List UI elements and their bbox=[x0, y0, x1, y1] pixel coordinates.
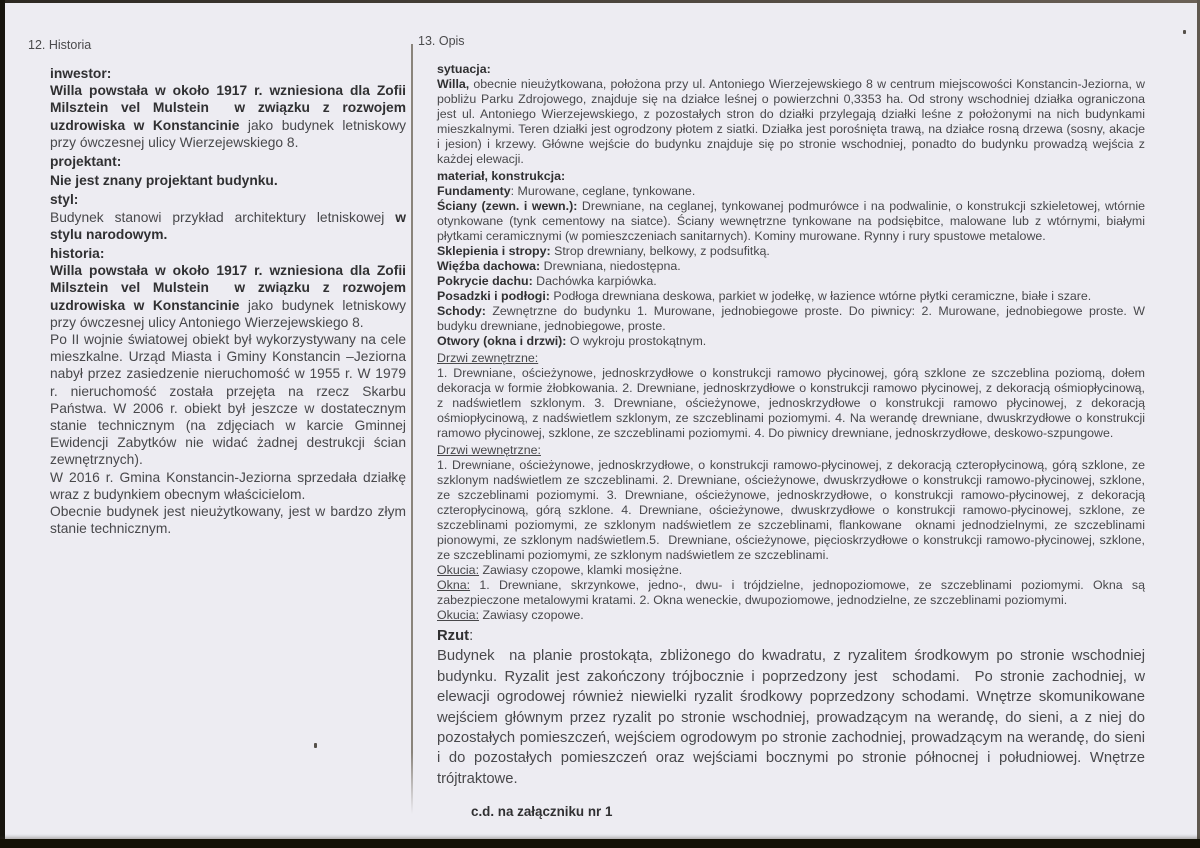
exterior-doors-label: Drzwi zewnętrzne: bbox=[437, 351, 1145, 366]
history-paragraph-4: Obecnie budynek jest nieużytkowany, jest… bbox=[50, 503, 406, 537]
situation-paragraph: Willa, obecnie nieużytkowana, położona p… bbox=[437, 77, 1145, 167]
opis-body: sytuacja:Willa, obecnie nieużytkowana, p… bbox=[437, 62, 1145, 819]
fittings-line-1: Okucia: Zawiasy czopowe, klamki mosiężne… bbox=[437, 563, 1145, 578]
designer-paragraph: Nie jest znany projektant budynku. bbox=[50, 172, 406, 189]
style-heading: styl: bbox=[50, 191, 406, 208]
style-paragraph: Budynek stanowi przykład architektury le… bbox=[50, 209, 406, 243]
plan-heading: Rzut: bbox=[437, 626, 1145, 646]
designer-heading: projektant: bbox=[50, 153, 406, 170]
ceilings-line: Sklepienia i stropy: Strop drewniany, be… bbox=[437, 244, 1145, 259]
exterior-doors-paragraph: 1. Drewniane, ościeżynowe, jednoskrzydło… bbox=[437, 366, 1145, 441]
situation-heading: sytuacja: bbox=[437, 62, 1145, 77]
scan-edge-left bbox=[0, 0, 5, 848]
walls-line: Ściany (zewn. i wewn.): Drewniane, na ce… bbox=[437, 199, 1145, 244]
history-heading: historia: bbox=[50, 245, 406, 262]
section-historia: 12. Historia inwestor:Willa powstała w o… bbox=[28, 38, 408, 537]
scan-speck bbox=[1183, 30, 1186, 34]
section-number-label-historia: 12. Historia bbox=[28, 38, 408, 53]
history-paragraph-3: W 2016 r. Gmina Konstancin-Jeziorna sprz… bbox=[50, 469, 406, 503]
roof-covering-line: Pokrycie dachu: Dachówka karpiówka. bbox=[437, 274, 1145, 289]
roof-truss-line: Więźba dachowa: Drewniana, niedostępna. bbox=[437, 259, 1145, 274]
scan-edge-top bbox=[0, 0, 1200, 3]
section-opis: 13. Opis sytuacja:Willa, obecnie nieużyt… bbox=[418, 34, 1147, 819]
scan-edge-bottom bbox=[0, 839, 1200, 848]
investor-paragraph: Willa powstała w około 1917 r. wzniesion… bbox=[50, 82, 406, 151]
foundations-line: Fundamenty: Murowane, ceglane, tynkowane… bbox=[437, 184, 1145, 199]
column-divider-line bbox=[411, 44, 413, 814]
stairs-line: Schody: Zewnętrzne do budynku 1. Murowan… bbox=[437, 304, 1145, 334]
interior-doors-paragraph: 1. Drewniane, ościeżynowe, jednoskrzydło… bbox=[437, 458, 1145, 563]
continuation-note: c.d. na załączniku nr 1 bbox=[437, 804, 1145, 819]
section-number-label-opis: 13. Opis bbox=[418, 34, 1147, 49]
investor-heading: inwestor: bbox=[50, 65, 406, 82]
plan-paragraph: Budynek na planie prostokąta, zbliżonego… bbox=[437, 646, 1145, 789]
scan-speck bbox=[314, 743, 317, 748]
historia-body: inwestor:Willa powstała w około 1917 r. … bbox=[50, 65, 406, 537]
fittings-line-2: Okucia: Zawiasy czopowe. bbox=[437, 608, 1145, 623]
openings-line: Otwory (okna i drzwi): O wykroju prostok… bbox=[437, 334, 1145, 349]
history-paragraph-1: Willa powstała w około 1917 r. wzniesion… bbox=[50, 262, 406, 331]
scanned-heritage-card-page: 12. Historia inwestor:Willa powstała w o… bbox=[0, 0, 1200, 848]
interior-doors-label: Drzwi wewnętrzne: bbox=[437, 443, 1145, 458]
history-paragraph-2: Po II wojnie światowej obiekt był wykorz… bbox=[50, 331, 406, 469]
windows-line: Okna: 1. Drewniane, skrzynkowe, jedno-, … bbox=[437, 578, 1145, 608]
material-construction-heading: materiał, konstrukcja: bbox=[437, 169, 1145, 184]
floors-line: Posadzki i podłogi: Podłoga drewniana de… bbox=[437, 289, 1145, 304]
